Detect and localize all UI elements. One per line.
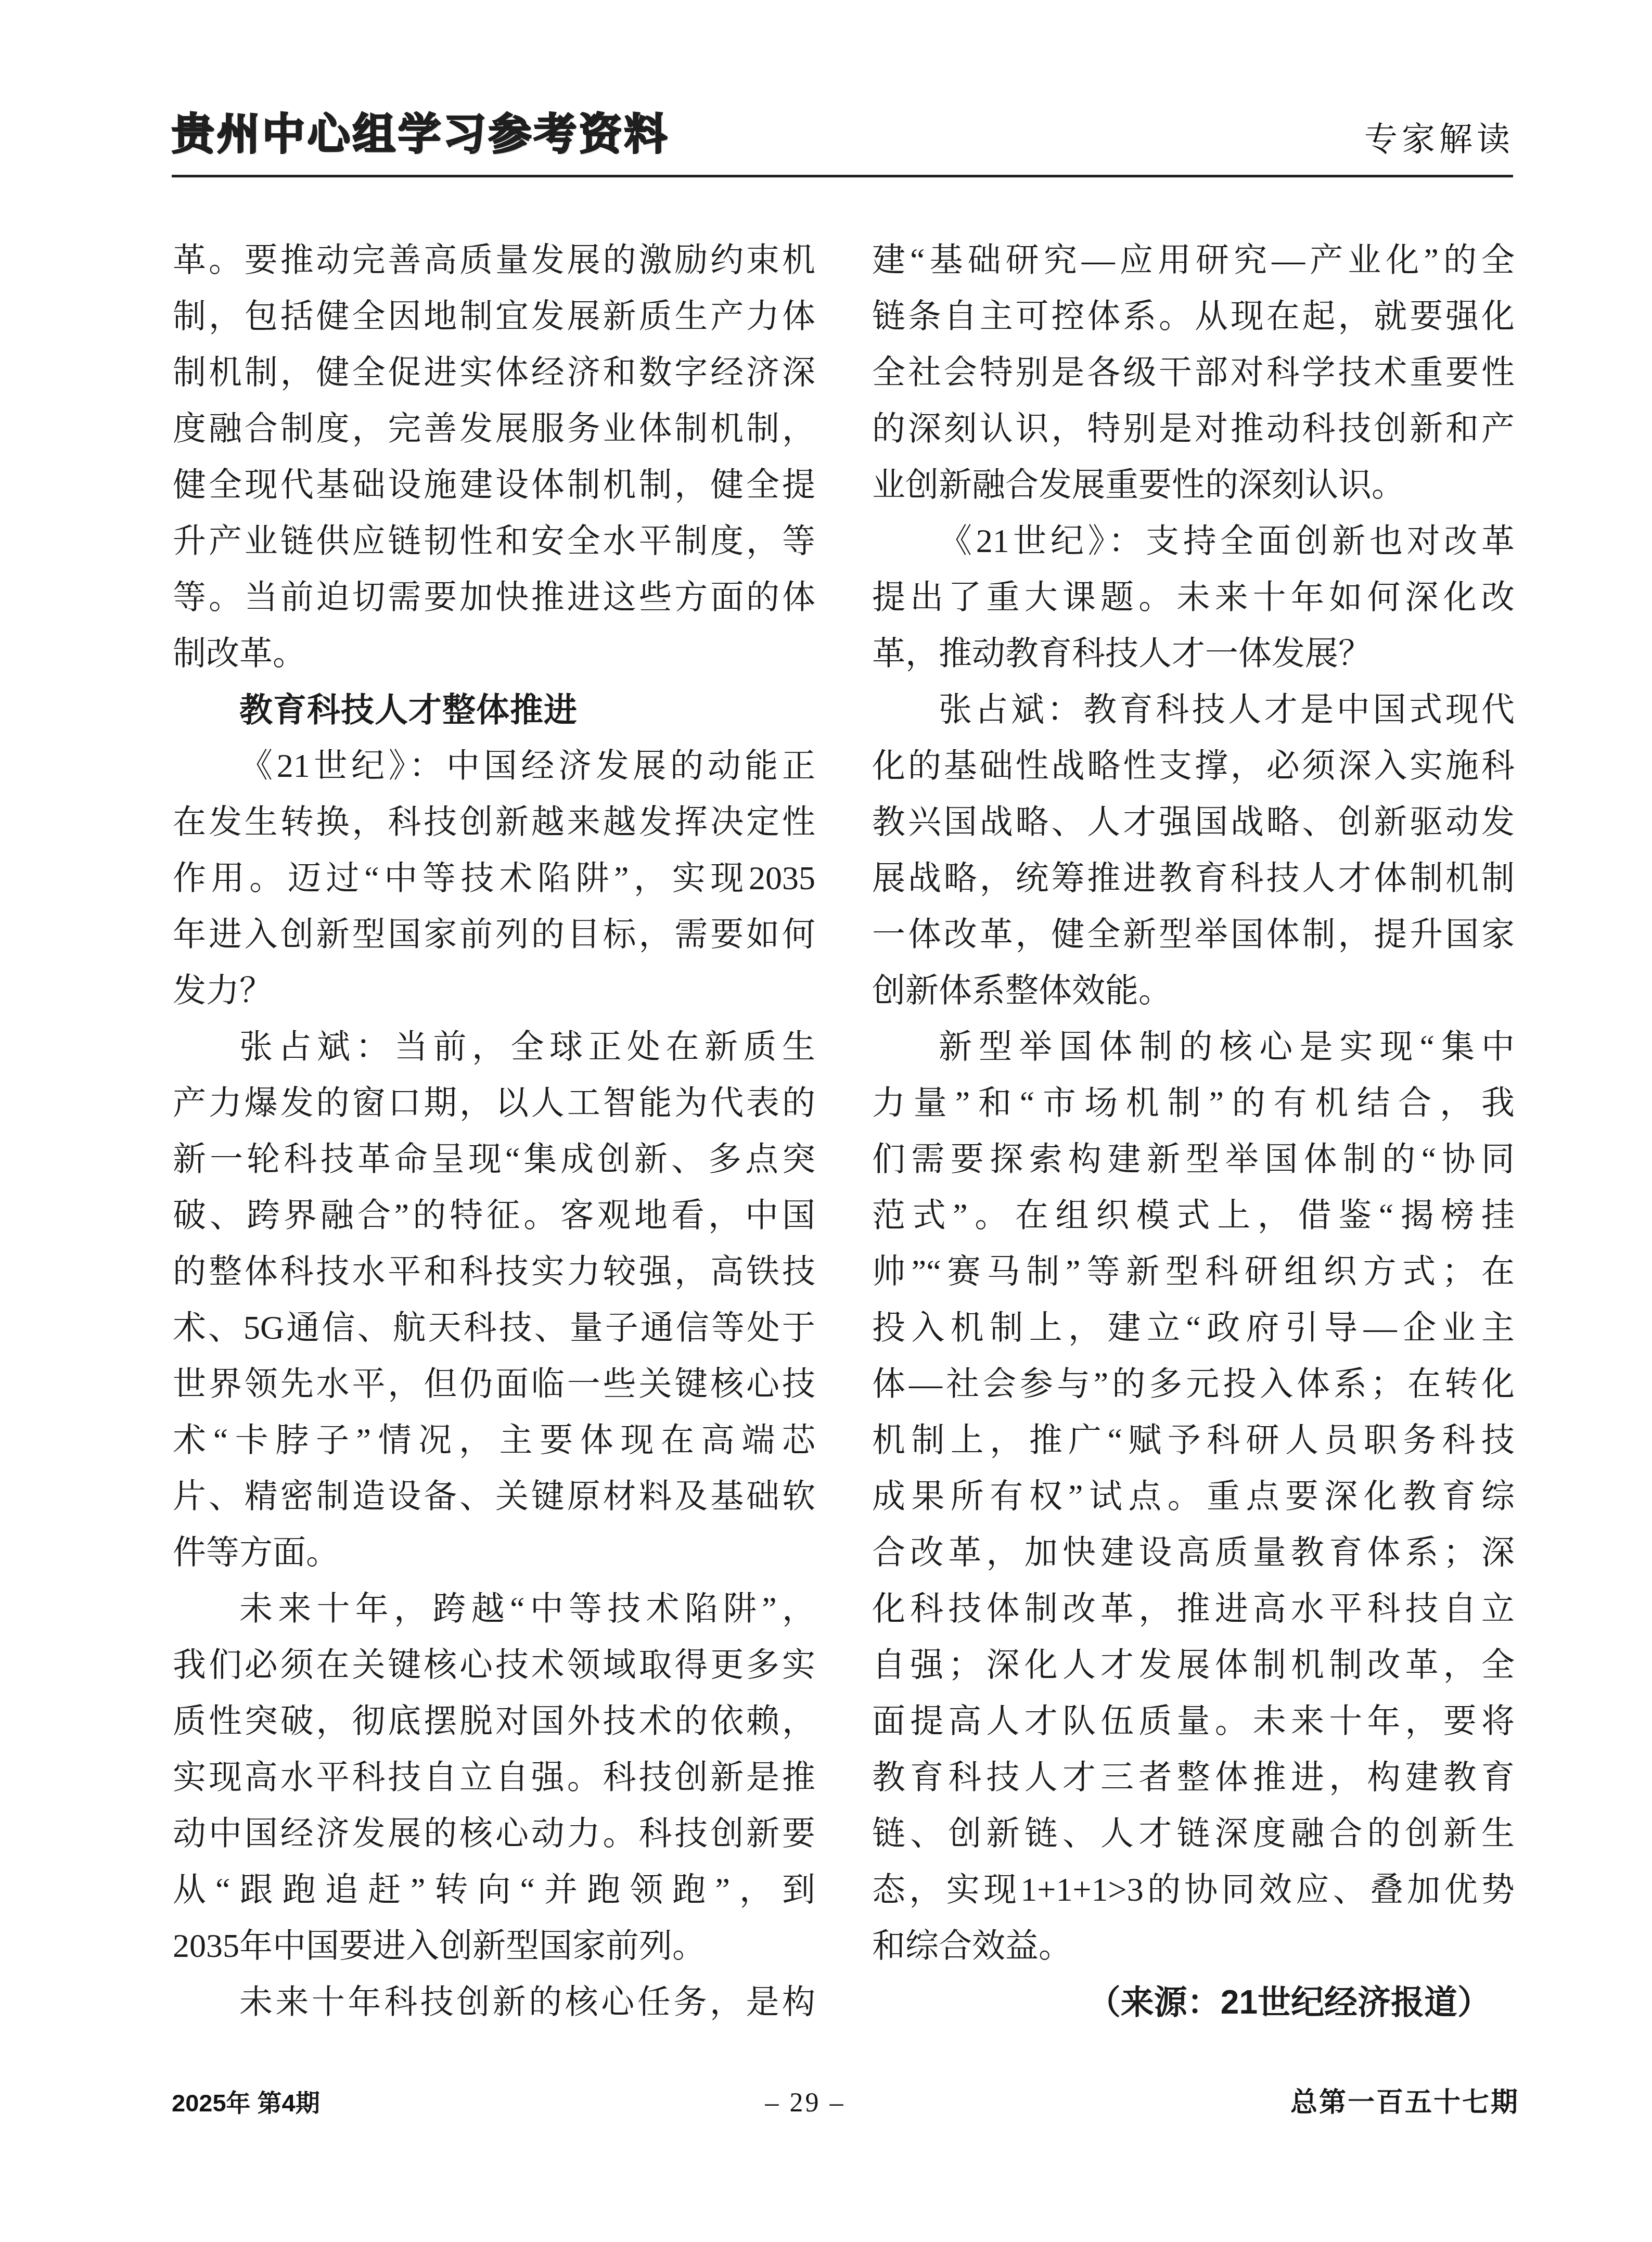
text-line: 在发生转换，科技创新越来越发挥决定性	[173, 794, 815, 850]
text-line: 合改革，加快建设高质量教育体系；深	[872, 1524, 1515, 1581]
text-line: 一体改革，健全新型举国体制，提升国家	[872, 906, 1515, 963]
header-rule	[172, 175, 1513, 177]
text-line: 成果所有权”试点。重点要深化教育综	[872, 1468, 1515, 1524]
text-line: 制机制，健全促进实体经济和数字经济深	[173, 344, 815, 401]
text-line: 和综合效益。	[872, 1918, 1515, 1974]
source-attribution: （来源：21世纪经济报道）	[872, 1974, 1515, 2030]
right-text-column: 建“基础研究—应用研究—产业化”的全链条自主可控体系。从现在起，就要强化全社会特…	[872, 232, 1515, 2030]
text-line: 升产业链供应链韧性和安全水平制度，等	[173, 513, 815, 569]
text-line: 化的基础性战略性支撑，必须深入实施科	[872, 738, 1515, 794]
text-line: 破、跨界融合”的特征。客观地看，中国	[173, 1187, 815, 1244]
text-line: 实现高水平科技自立自强。科技创新是推	[173, 1749, 815, 1805]
text-line: 片、精密制造设备、关键原材料及基础软	[173, 1468, 815, 1524]
text-line: 未来十年科技创新的核心任务，是构	[173, 1974, 815, 2030]
text-line: 体—社会参与”的多元投入体系；在转化	[872, 1356, 1515, 1412]
text-line: 张占斌：当前，全球正处在新质生	[173, 1019, 815, 1075]
text-line: 世界领先水平，但仍面临一些关键核心技	[173, 1356, 815, 1412]
text-line: 未来十年，跨越“中等技术陷阱”，	[173, 1581, 815, 1637]
text-line: 展战略，统筹推进教育科技人才体制机制	[872, 850, 1515, 906]
text-line: 健全现代基础设施建设体制机制，健全提	[173, 457, 815, 513]
text-line: 链条自主可控体系。从现在起，就要强化	[872, 288, 1515, 344]
text-line: 产力爆发的窗口期，以人工智能为代表的	[173, 1075, 815, 1131]
text-line: 《21世纪》：支持全面创新也对改革	[872, 513, 1515, 569]
text-line: 革。要推动完善高质量发展的激励约束机	[173, 232, 815, 288]
footer-page-number: – 29 –	[765, 2087, 845, 2118]
text-line: 革，推动教育科技人才一体发展？	[872, 625, 1515, 682]
text-line: 业创新融合发展重要性的深刻认识。	[872, 457, 1515, 513]
text-line: 《21世纪》：中国经济发展的动能正	[173, 738, 815, 794]
text-line: 全社会特别是各级干部对科学技术重要性	[872, 344, 1515, 401]
text-line: 新型举国体制的核心是实现“集中	[872, 1019, 1515, 1075]
text-line: 建“基础研究—应用研究—产业化”的全	[872, 232, 1515, 288]
text-line: 投入机制上，建立“政府引导—企业主	[872, 1300, 1515, 1356]
text-line: 态，实现1+1+1>3的协同效应、叠加优势	[872, 1862, 1515, 1918]
text-line: 年进入创新型国家前列的目标，需要如何	[173, 906, 815, 963]
text-line: 动中国经济发展的核心动力。科技创新要	[173, 1805, 815, 1862]
text-line: 力量”和“市场机制”的有机结合，我	[872, 1075, 1515, 1131]
text-line: 从“跟跑追赶”转向“并跑领跑”，到	[173, 1862, 815, 1918]
page-footer: 2025年 第4期 – 29 – 总第一百五十七期	[172, 2080, 1519, 2119]
footer-issue-label: 2025年 第4期	[172, 2084, 320, 2119]
text-line: 作用。迈过“中等技术陷阱”，实现2035	[173, 850, 815, 906]
section-label: 专家解读	[1364, 123, 1514, 156]
masthead-title: 贵州中心组学习参考资料	[172, 113, 670, 156]
text-line: 等。当前迫切需要加快推进这些方面的体	[173, 569, 815, 625]
left-text-column: 革。要推动完善高质量发展的激励约束机制，包括健全因地制宜发展新质生产力体制机制，…	[173, 232, 815, 2030]
text-line: 术“卡脖子”情况，主要体现在高端芯	[173, 1412, 815, 1468]
text-line: 我们必须在关键核心技术领域取得更多实	[173, 1637, 815, 1693]
text-line: 的深刻认识，特别是对推动科技创新和产	[872, 401, 1515, 457]
text-line: 创新体系整体效能。	[872, 963, 1515, 1019]
text-line: 发力？	[173, 963, 815, 1019]
text-line: 张占斌：教育科技人才是中国式现代	[872, 682, 1515, 738]
section-heading: 教育科技人才整体推进	[173, 682, 815, 738]
page-header: 贵州中心组学习参考资料 专家解读	[172, 113, 1514, 156]
text-line: 教育科技人才三者整体推进，构建教育	[872, 1749, 1515, 1805]
text-line: 化科技体制改革，推进高水平科技自立	[872, 1581, 1515, 1637]
text-line: 自强；深化人才发展体制机制改革，全	[872, 1637, 1515, 1693]
text-line: 的整体科技水平和科技实力较强，高铁技	[173, 1244, 815, 1300]
text-line: 帅”“赛马制”等新型科研组织方式；在	[872, 1244, 1515, 1300]
text-line: 新一轮科技革命呈现“集成创新、多点突	[173, 1131, 815, 1187]
text-line: 链、创新链、人才链深度融合的创新生	[872, 1805, 1515, 1862]
text-line: 2035年中国要进入创新型国家前列。	[173, 1918, 815, 1974]
text-line: 们需要探索构建新型举国体制的“协同	[872, 1131, 1515, 1187]
text-line: 质性突破，彻底摆脱对国外技术的依赖，	[173, 1693, 815, 1749]
text-line: 面提高人才队伍质量。未来十年，要将	[872, 1693, 1515, 1749]
text-line: 制改革。	[173, 625, 815, 682]
text-line: 制，包括健全因地制宜发展新质生产力体	[173, 288, 815, 344]
text-line: 提出了重大课题。未来十年如何深化改	[872, 569, 1515, 625]
text-line: 术、5G通信、航天科技、量子通信等处于	[173, 1300, 815, 1356]
text-line: 件等方面。	[173, 1524, 815, 1581]
document-page: 贵州中心组学习参考资料 专家解读 革。要推动完善高质量发展的激励约束机制，包括健…	[0, 0, 1652, 2242]
text-line: 机制上，推广“赋予科研人员职务科技	[872, 1412, 1515, 1468]
text-line: 度融合制度，完善发展服务业体制机制，	[173, 401, 815, 457]
text-line: 教兴国战略、人才强国战略、创新驱动发	[872, 794, 1515, 850]
footer-cumulative-issue: 总第一百五十七期	[1290, 2080, 1519, 2119]
text-line: 范式”。在组织模式上，借鉴“揭榜挂	[872, 1187, 1515, 1244]
